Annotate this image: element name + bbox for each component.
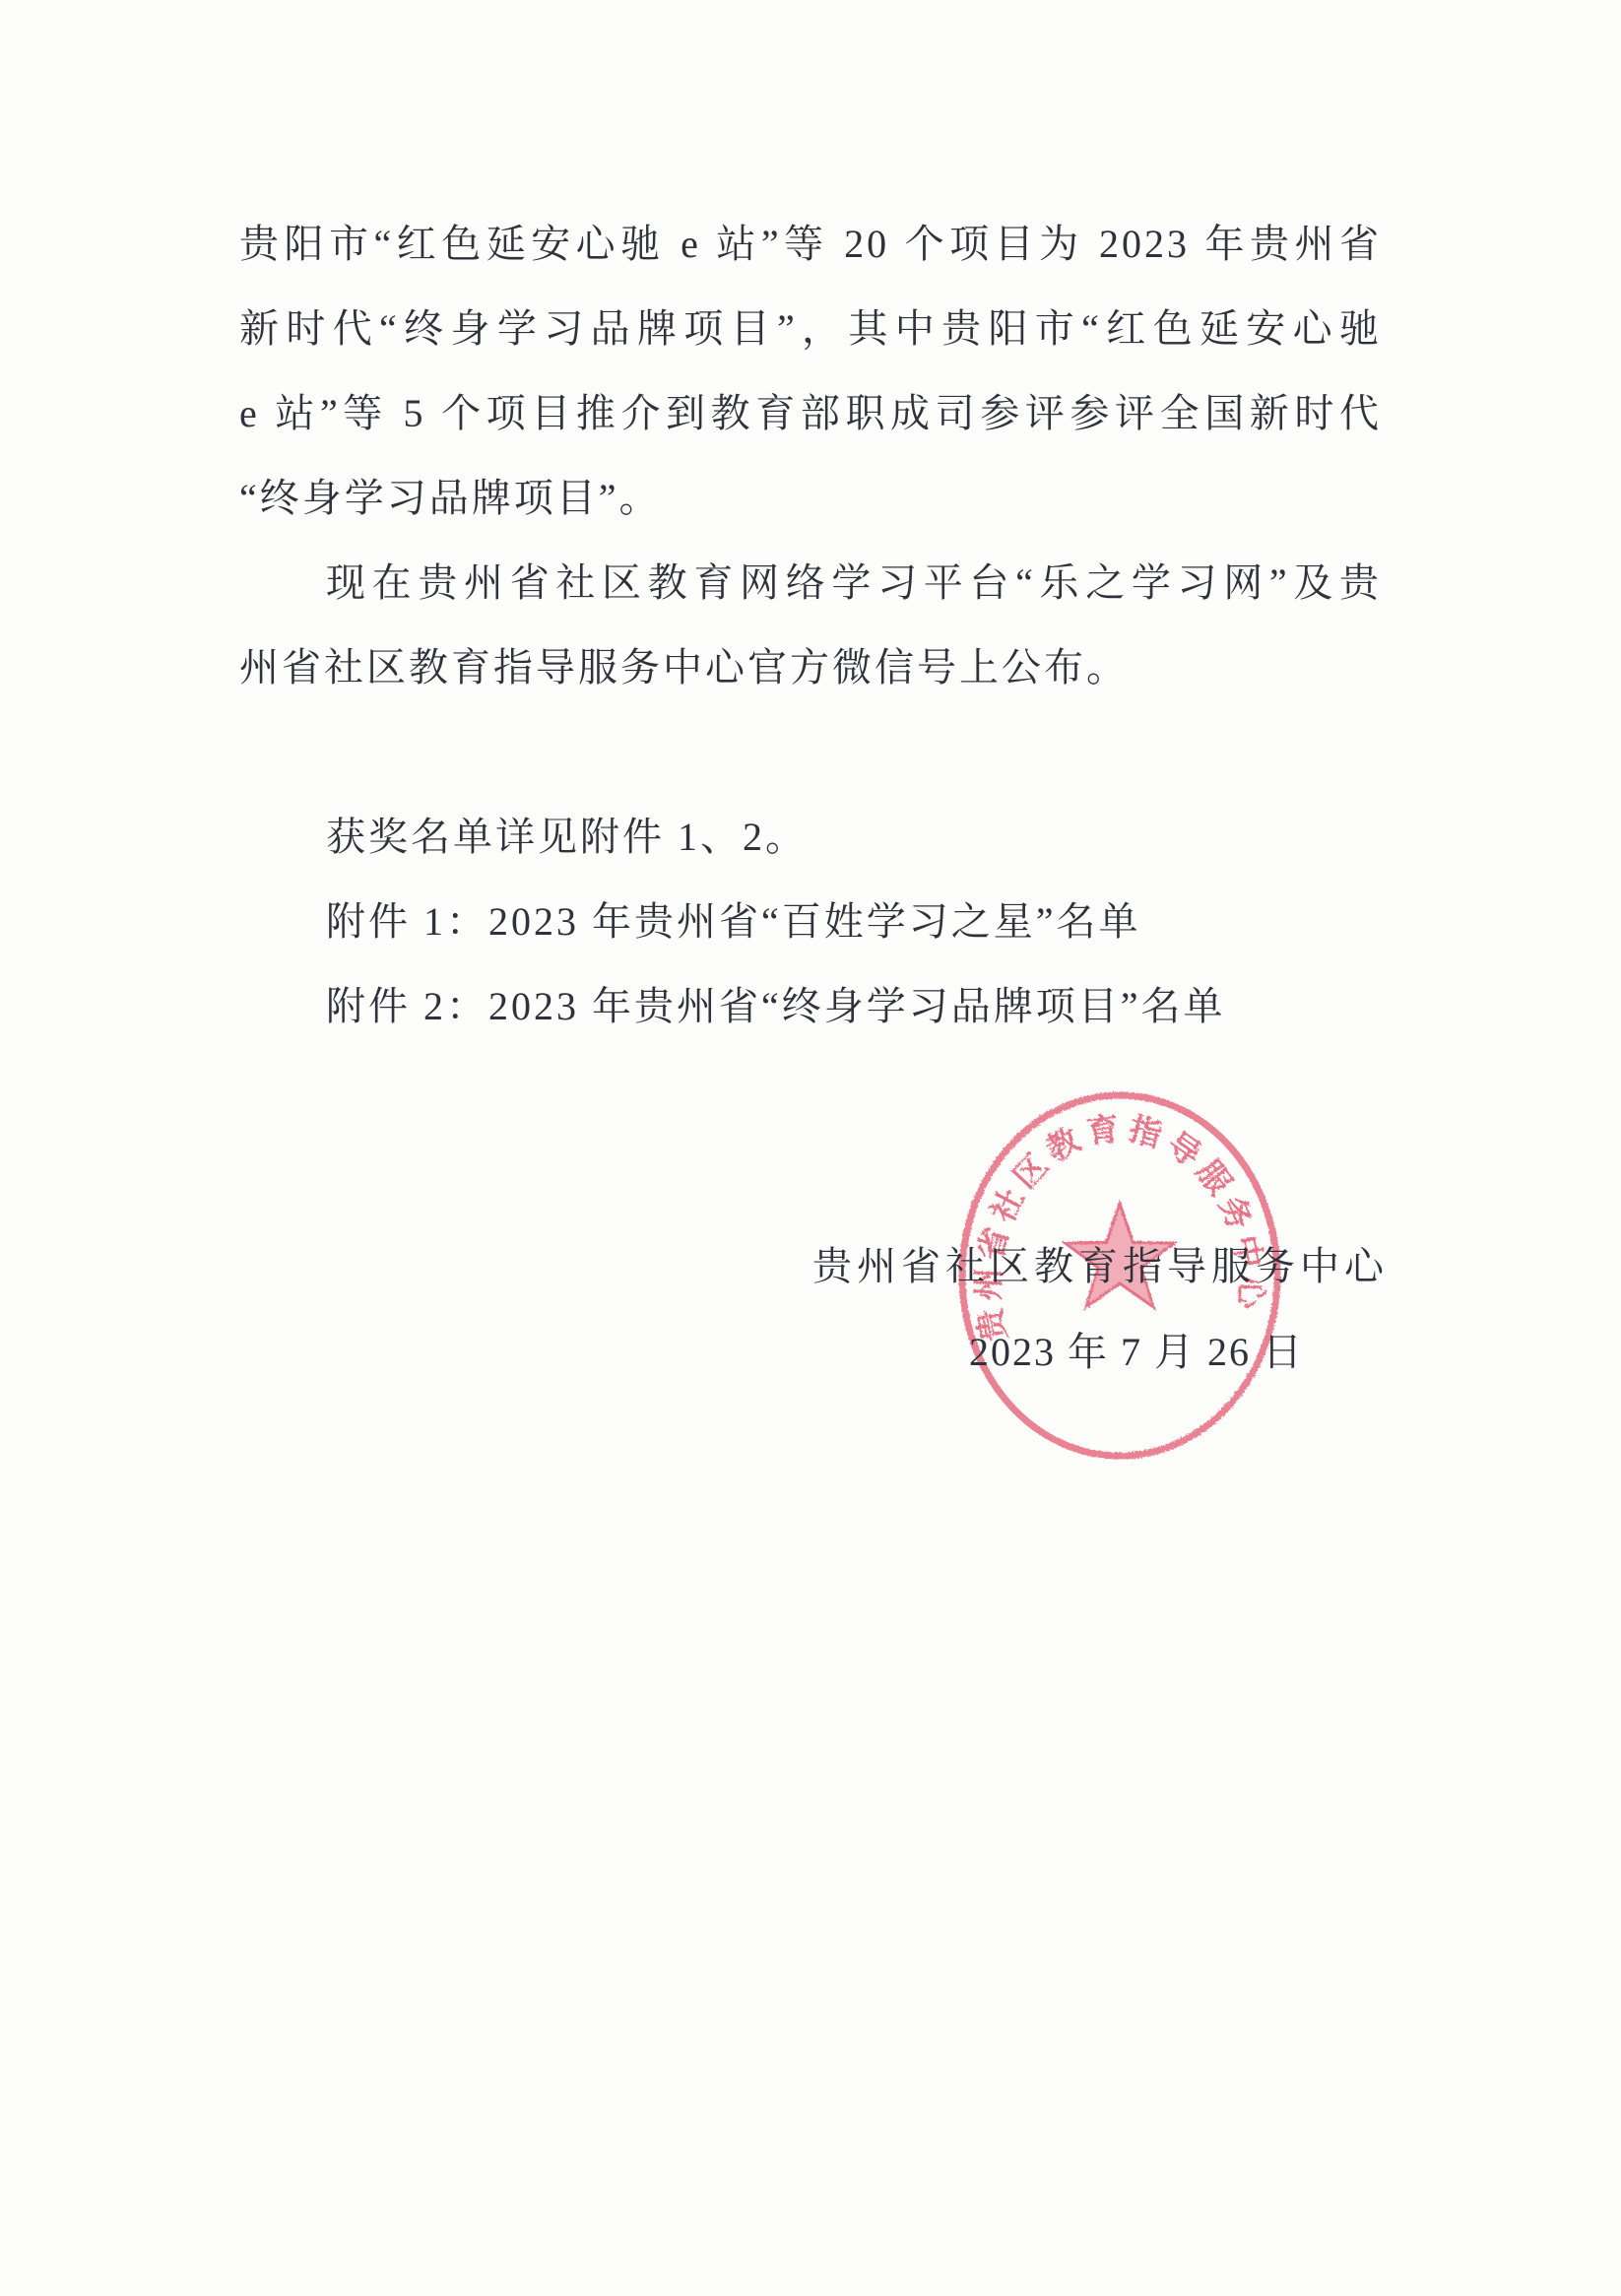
body-line: 州省社区教育指导服务中心官方微信号上公布。 (239, 625, 1382, 710)
blank-line (239, 710, 1382, 795)
signature-organization: 贵州省社区教育指导服务中心 (812, 1224, 1389, 1309)
body-line: 现在贵州省社区教育网络学习平台“乐之学习网”及贵 (239, 541, 1382, 625)
body-line: “终身学习品牌项目”。 (239, 456, 1382, 541)
attachment-note-line: 获奖名单详见附件 1、2。 (239, 795, 1382, 880)
body-line: e 站”等 5 个项目推介到教育部职成司参评参评全国新时代 (239, 371, 1382, 456)
signature-date: 2023 年 7 月 26 日 (969, 1310, 1304, 1395)
body-line: 贵阳市“红色延安心驰 e 站”等 20 个项目为 2023 年贵州省 (239, 202, 1382, 287)
body-text: 贵阳市“红色延安心驰 e 站”等 20 个项目为 2023 年贵州省 新时代“终… (239, 202, 1382, 1049)
body-line: 新时代“终身学习品牌项目”，其中贵阳市“红色延安心驰 (239, 287, 1382, 371)
attachment-2-line: 附件 2：2023 年贵州省“终身学习品牌项目”名单 (239, 964, 1382, 1049)
attachment-1-line: 附件 1：2023 年贵州省“百姓学习之星”名单 (239, 880, 1382, 964)
document-page: 贵阳市“红色延安心驰 e 站”等 20 个项目为 2023 年贵州省 新时代“终… (0, 0, 1621, 2296)
